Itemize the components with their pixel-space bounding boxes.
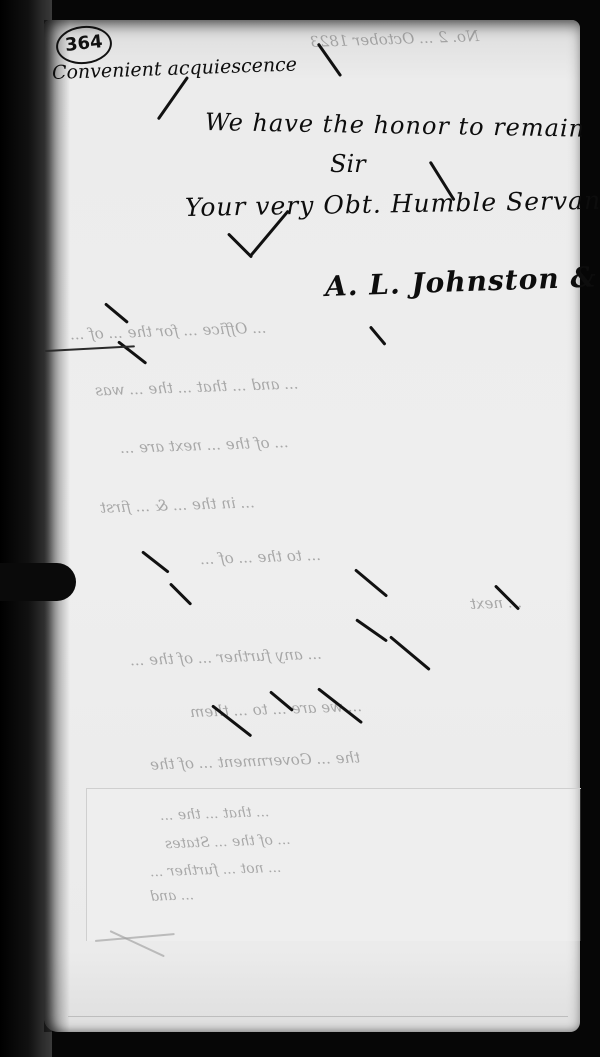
page-ruled-line [68, 1016, 568, 1017]
bleed-through-line: ... and [150, 887, 195, 905]
binder-clip [0, 563, 76, 601]
closing-line-sir: Sir [330, 150, 366, 178]
